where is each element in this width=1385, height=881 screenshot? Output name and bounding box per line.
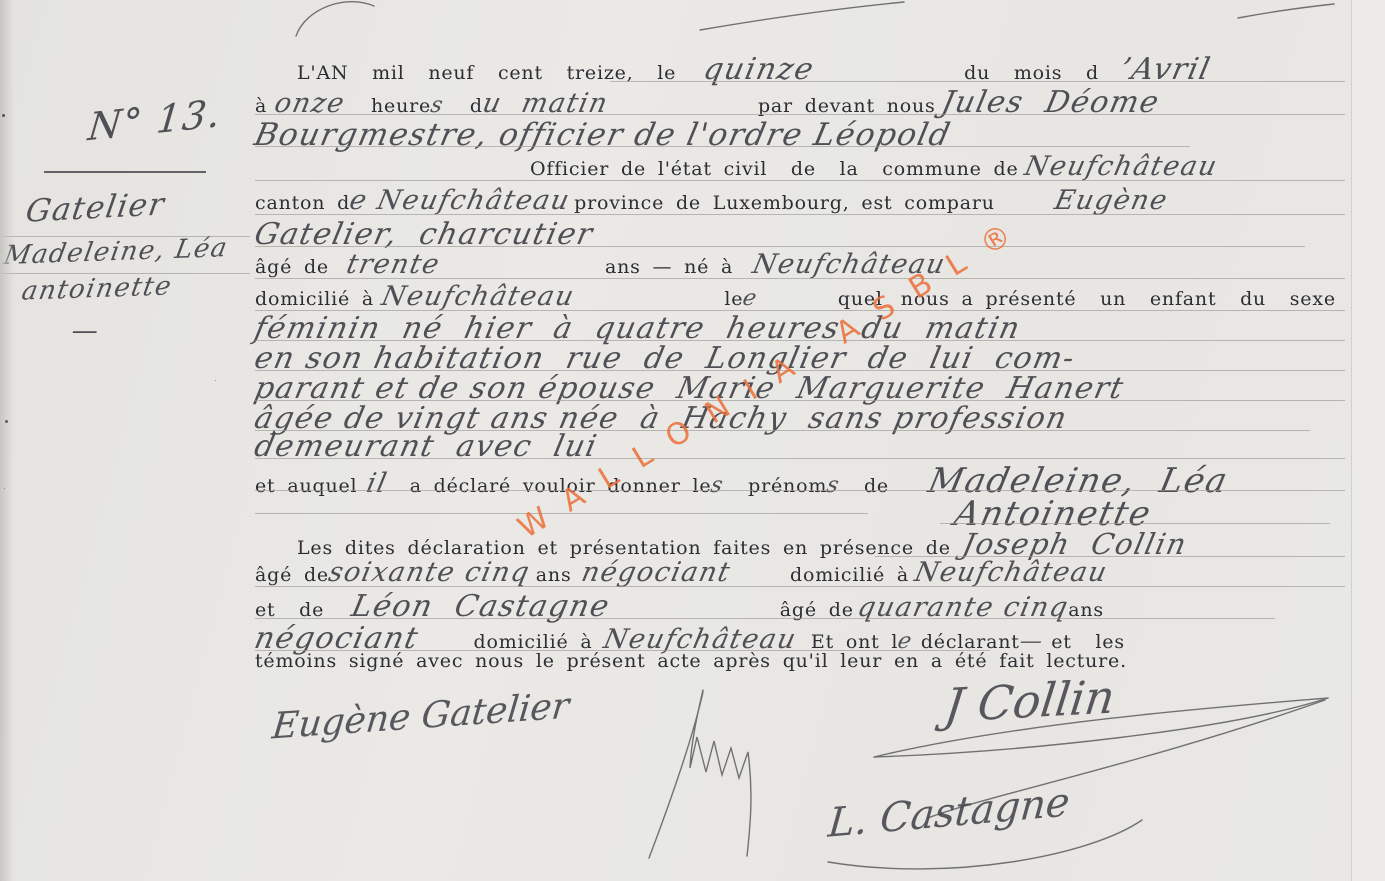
scan-right-strip	[1352, 0, 1385, 881]
margin-firstnames: Madeleine, Léa	[1, 233, 230, 271]
form-rule-line	[0, 273, 250, 274]
stray-stroke-top-middle	[700, 2, 904, 30]
printed-form-text: témoins signé avec nous le présent acte …	[255, 650, 1127, 672]
form-rule-line	[255, 146, 1190, 147]
form-rule-line	[255, 458, 1345, 459]
form-rule-line	[255, 490, 1345, 491]
printed-form-text: province de Luxembourg, est comparu	[574, 192, 995, 214]
handwritten-entry: Neufchâteau	[379, 281, 578, 312]
handwritten-entry: Neufchâteau	[912, 557, 1111, 588]
printed-form-text: ans — né à	[605, 256, 733, 278]
handwritten-entry: s	[824, 473, 842, 498]
printed-form-text: Les dites déclaration et présentation fa…	[297, 537, 951, 559]
form-rule-line	[255, 214, 1345, 215]
body-line: témoins signé avec nous le présent acte …	[255, 650, 1127, 672]
scan-edge-shadow	[0, 0, 14, 881]
stray-stroke-top-right	[1238, 4, 1334, 18]
printed-form-text: et auquel	[255, 475, 357, 497]
handwritten-entry: e Neufchâteau	[347, 185, 574, 216]
printed-form-text: domicilié à	[790, 564, 909, 586]
signature-scribble-descender	[649, 692, 703, 858]
handwritten-entry: Neufchâteau	[750, 249, 949, 280]
stray-stroke-top-left	[296, 2, 374, 36]
form-rule-line	[610, 81, 1345, 82]
body-line: domicilié àNeufchâteauleequelnous a prés…	[255, 281, 1336, 312]
handwritten-entry: e	[741, 286, 761, 311]
handwritten-entry: soixante cinq	[326, 557, 533, 588]
handwritten-entry: il	[364, 468, 391, 499]
printed-form-text: prénom	[748, 475, 827, 497]
body-line: âgé desoixante cinqansnégociantdomicilié…	[255, 557, 1107, 588]
handwritten-entry: s	[709, 473, 727, 498]
form-rule-line	[255, 618, 1275, 619]
form-rule-line	[255, 586, 1345, 587]
body-line: Officier de l'état civil de la commune d…	[530, 151, 1217, 182]
body-line: canton de Neufchâteauprovince de Luxembo…	[255, 185, 1168, 216]
form-rule-line	[255, 246, 1305, 247]
form-rule-line	[255, 114, 1345, 115]
margin-underline	[44, 171, 206, 173]
margin-surname: Gatelier	[23, 186, 168, 230]
printed-form-text: âgé de	[255, 256, 329, 278]
body-line: Bourgmestre, officier de l'ordre Léopold	[255, 117, 951, 153]
handwritten-entry: négociant	[578, 557, 733, 588]
printed-form-text: ans	[536, 564, 572, 586]
handwritten-entry: Neufchâteau	[1021, 151, 1220, 182]
scan-specks	[2, 114, 5, 117]
signature-scribble	[690, 690, 751, 856]
handwritten-entry: Eugène	[1051, 185, 1170, 216]
printed-form-text: domicilié à	[255, 288, 374, 310]
handwritten-entry: trente	[344, 249, 444, 280]
signature-declarant: Eugène Gatelier	[270, 685, 571, 747]
form-rule-line	[255, 180, 1345, 181]
margin-dash: —	[69, 316, 103, 346]
act-number: N° 13.	[86, 91, 224, 150]
printed-form-text: quel	[838, 288, 883, 310]
form-rule-line	[255, 513, 868, 514]
form-rule-line	[940, 523, 1330, 524]
printed-form-text: nous a présenté un enfant du sexe	[901, 288, 1336, 310]
printed-form-text: a déclaré vouloir donner le	[410, 475, 712, 497]
printed-form-text: âgé de	[255, 564, 329, 586]
document-scan: N° 13. Gatelier Madeleine, Léa antoinett…	[0, 0, 1385, 881]
signature-witness-castagne: L. Castagne	[826, 779, 1071, 847]
handwritten-entry: Bourgmestre, officier de l'ordre Léopold	[251, 117, 954, 153]
form-rule-line	[0, 236, 250, 237]
printed-form-text: canton d	[255, 192, 350, 214]
margin-firstnames-2: antoinette	[19, 271, 174, 306]
form-rule-line	[255, 278, 1345, 279]
printed-form-text: Officier de l'état civil de la commune d…	[530, 158, 1019, 180]
body-line: âgé detrenteans — né àNeufchâteau	[255, 249, 946, 280]
signature-witness-collin: J Collin	[942, 669, 1118, 732]
printed-form-text: de	[864, 475, 889, 497]
